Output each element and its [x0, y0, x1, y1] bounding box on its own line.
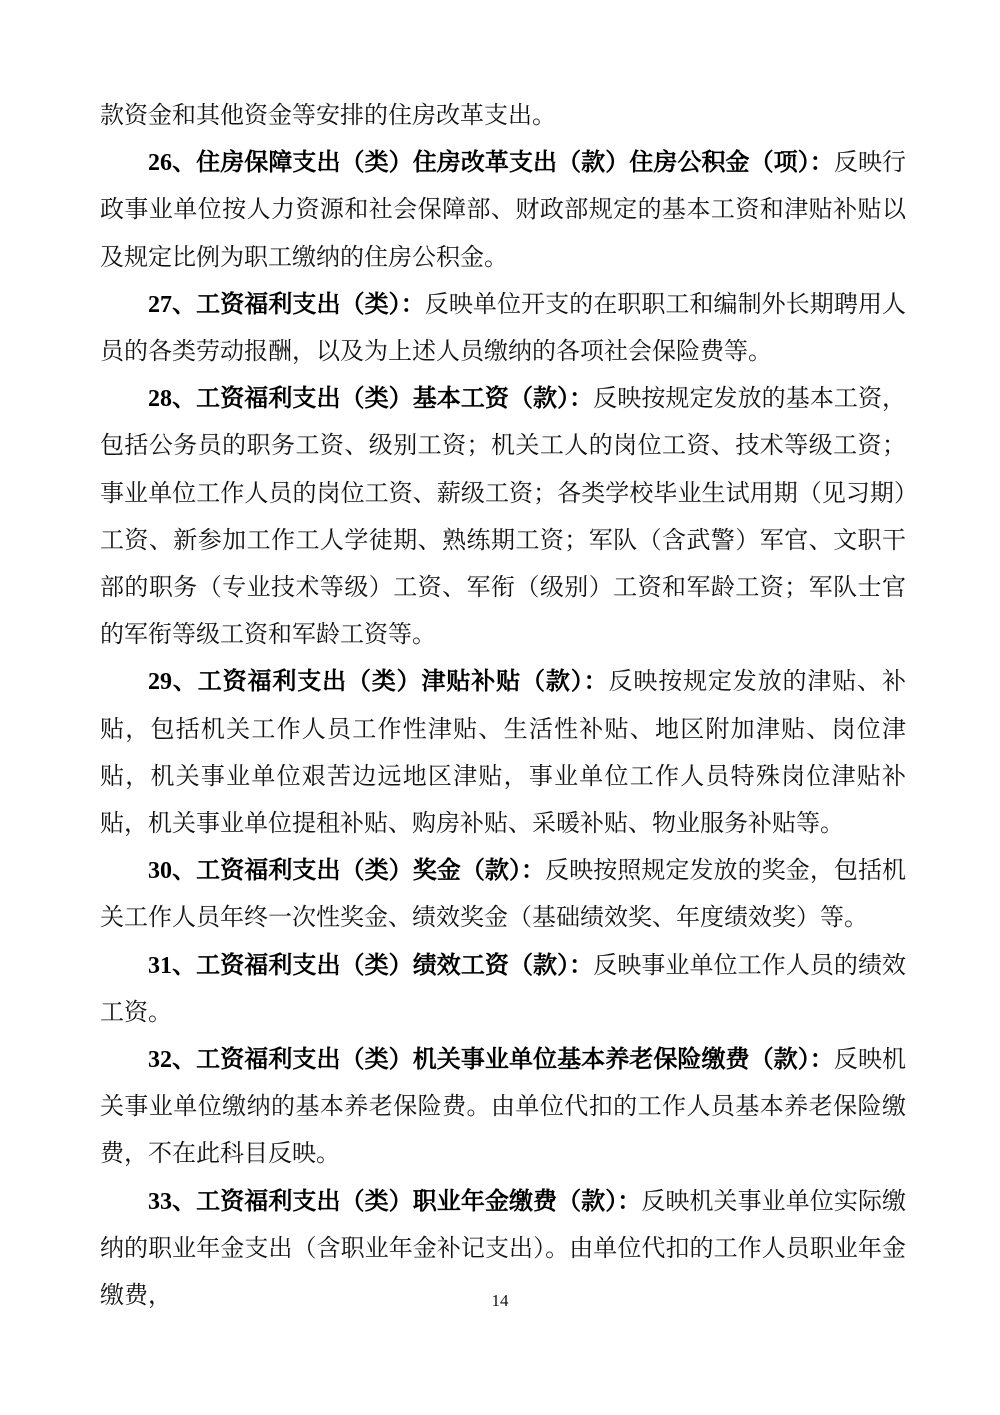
paragraph-heading: 31、工资福利支出（类）绩效工资（款）： — [148, 953, 593, 979]
document-page: 款资金和其他资金等安排的住房改革支出。 26、住房保障支出（类）住房改革支出（款… — [0, 0, 1000, 1415]
paragraph-heading: 28、工资福利支出（类）基本工资（款）： — [148, 386, 593, 412]
paragraph-heading: 29、工资福利支出（类）津贴补贴（款）： — [148, 669, 608, 695]
paragraph-heading: 30、工资福利支出（类）奖金（款）： — [148, 858, 545, 884]
paragraph-heading: 27、工资福利支出（类）： — [148, 292, 425, 318]
paragraph-heading: 26、住房保障支出（类）住房改革支出（款）住房公积金（项）： — [148, 150, 834, 176]
paragraph: 29、工资福利支出（类）津贴补贴（款）：反映按规定发放的津贴、补贴，包括机关工作… — [100, 659, 906, 848]
paragraph-body: 款资金和其他资金等安排的住房改革支出。 — [100, 103, 556, 129]
paragraph: 26、住房保障支出（类）住房改革支出（款）住房公积金（项）：反映行政事业单位按人… — [100, 140, 906, 282]
paragraph-heading: 32、工资福利支出（类）机关事业单位基本养老保险缴费（款）： — [148, 1047, 834, 1073]
paragraph-body: 反映按规定发放的基本工资，包括公务员的职务工资、级别工资；机关工人的岗位工资、技… — [100, 386, 906, 648]
paragraph: 32、工资福利支出（类）机关事业单位基本养老保险缴费（款）：反映机关事业单位缴纳… — [100, 1037, 906, 1179]
paragraph: 28、工资福利支出（类）基本工资（款）：反映按规定发放的基本工资，包括公务员的职… — [100, 376, 906, 659]
document-content: 款资金和其他资金等安排的住房改革支出。 26、住房保障支出（类）住房改革支出（款… — [100, 93, 906, 1320]
paragraph: 款资金和其他资金等安排的住房改革支出。 — [100, 93, 906, 140]
paragraph: 31、工资福利支出（类）绩效工资（款）：反映事业单位工作人员的绩效工资。 — [100, 943, 906, 1037]
paragraph: 30、工资福利支出（类）奖金（款）：反映按照规定发放的奖金，包括机关工作人员年终… — [100, 848, 906, 942]
paragraph: 27、工资福利支出（类）：反映单位开支的在职职工和编制外长期聘用人员的各类劳动报… — [100, 282, 906, 376]
page-number: 14 — [0, 1291, 1000, 1311]
paragraph-heading: 33、工资福利支出（类）职业年金缴费（款）： — [148, 1189, 641, 1215]
